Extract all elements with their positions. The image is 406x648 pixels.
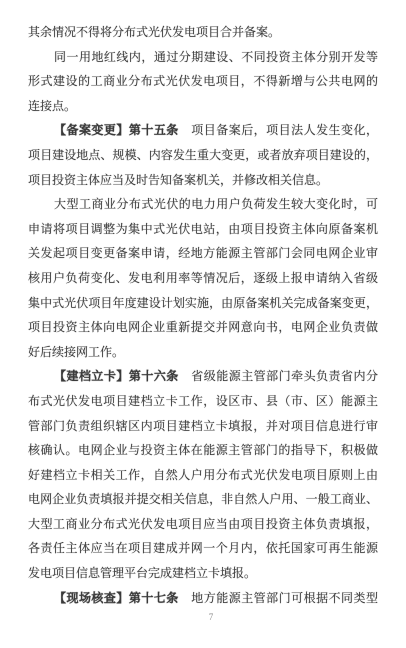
text-line: 布式光伏发电项目建档立卡工作，设区市、县（市、区）能源主	[28, 389, 378, 414]
line-text: 大型工商业分布式光伏发电项目应当由项目投资主体负责填报，	[28, 517, 378, 531]
text-line: 大型工商业分布式光伏的电力用户负荷发生较大变化时，可	[28, 192, 378, 217]
clause-title: 【备案变更】第十五条	[54, 123, 179, 137]
line-text: 项目备案后，项目法人发生变化，	[179, 123, 378, 137]
text-line: 集中式光伏项目年度建设计划实施，由原备案机关完成备案变更，	[28, 291, 378, 316]
line-text: 好后续接网工作。	[28, 345, 124, 359]
line-text: 布式光伏发电项目建档立卡工作，设区市、县（市、区）能源主	[28, 394, 378, 408]
line-text: 项目投资主体向电网企业重新提交并网意向书，电网企业负责做	[28, 320, 378, 334]
text-line: 好建档立卡相关工作，自然人户用分布式光伏发电项目原则上由	[28, 463, 378, 488]
line-text: 核确认。电网企业与投资主体在能源主管部门的指导下，积极做	[28, 443, 378, 457]
text-line: 管部门负责组织辖区内项目建档立卡填报，并对项目信息进行审	[28, 414, 378, 439]
text-line: 申请将项目调整为集中式光伏电站，由项目投资主体向原备案机	[28, 217, 378, 242]
line-text: 地方能源主管部门可根据不同类型	[179, 591, 378, 605]
line-text: 项目建设地点、规模、内容发生重大变更，或者放弃项目建设的，	[28, 148, 378, 162]
text-line: 形式建设的工商业分布式光伏发电项目，不得新增与公共电网的	[28, 69, 378, 94]
text-line: 关发起项目变更备案申请，经地方能源主管部门会同电网企业审	[28, 241, 378, 266]
page-number: 7	[0, 611, 406, 624]
text-line: 连接点。	[28, 94, 378, 119]
text-line: 各责任主体应当在项目建成并网一个月内，依托国家可再生能源	[28, 536, 378, 561]
text-line: 电网企业负责填报并提交相关信息，非自然人户用、一般工商业、	[28, 487, 378, 512]
text-line: 其余情况不得将分布式光伏发电项目合并备案。	[28, 20, 378, 45]
line-text: 发电项目信息管理平台完成建档立卡填报。	[28, 566, 256, 580]
line-text: 项目投资主体应当及时告知备案机关，并修改相关信息。	[28, 173, 328, 187]
line-text: 核用户负荷变化、发电利用率等情况后，逐级上报申请纳入省级	[28, 271, 378, 285]
text-line: 项目建设地点、规模、内容发生重大变更，或者放弃项目建设的，	[28, 143, 378, 168]
text-line: 核确认。电网企业与投资主体在能源主管部门的指导下，积极做	[28, 438, 378, 463]
text-line: 【建档立卡】第十六条 省级能源主管部门牵头负责省内分	[28, 364, 378, 389]
line-text: 各责任主体应当在项目建成并网一个月内，依托国家可再生能源	[28, 541, 378, 555]
text-line: 大型工商业分布式光伏发电项目应当由项目投资主体负责填报，	[28, 512, 378, 537]
line-text: 省级能源主管部门牵头负责省内分	[179, 369, 378, 383]
text-line: 【备案变更】第十五条 项目备案后，项目法人发生变化，	[28, 118, 378, 143]
document-page: 其余情况不得将分布式光伏发电项目合并备案。同一用地红线内，通过分期建设、不同投资…	[0, 0, 406, 648]
line-text: 申请将项目调整为集中式光伏电站，由项目投资主体向原备案机	[28, 222, 378, 236]
text-line: 项目投资主体应当及时告知备案机关，并修改相关信息。	[28, 168, 378, 193]
document-text: 其余情况不得将分布式光伏发电项目合并备案。同一用地红线内，通过分期建设、不同投资…	[28, 20, 378, 610]
clause-title: 【现场核查】第十七条	[54, 591, 179, 605]
line-text: 好建档立卡相关工作，自然人户用分布式光伏发电项目原则上由	[28, 468, 378, 482]
line-text: 管部门负责组织辖区内项目建档立卡填报，并对项目信息进行审	[28, 419, 378, 433]
text-line: 核用户负荷变化、发电利用率等情况后，逐级上报申请纳入省级	[28, 266, 378, 291]
line-text: 连接点。	[28, 99, 76, 113]
clause-title: 【建档立卡】第十六条	[54, 369, 179, 383]
text-line: 同一用地红线内，通过分期建设、不同投资主体分别开发等	[28, 45, 378, 70]
text-line: 发电项目信息管理平台完成建档立卡填报。	[28, 561, 378, 586]
text-line: 【现场核查】第十七条 地方能源主管部门可根据不同类型	[28, 586, 378, 611]
line-text: 大型工商业分布式光伏的电力用户负荷发生较大变化时，可	[54, 197, 378, 211]
text-line: 好后续接网工作。	[28, 340, 378, 365]
line-text: 电网企业负责填报并提交相关信息，非自然人户用、一般工商业、	[28, 492, 378, 506]
line-text: 形式建设的工商业分布式光伏发电项目，不得新增与公共电网的	[28, 74, 378, 88]
text-line: 项目投资主体向电网企业重新提交并网意向书，电网企业负责做	[28, 315, 378, 340]
line-text: 集中式光伏项目年度建设计划实施，由原备案机关完成备案变更，	[28, 296, 378, 310]
line-text: 同一用地红线内，通过分期建设、不同投资主体分别开发等	[54, 50, 378, 64]
line-text: 其余情况不得将分布式光伏发电项目合并备案。	[28, 25, 280, 39]
line-text: 关发起项目变更备案申请，经地方能源主管部门会同电网企业审	[28, 246, 378, 260]
